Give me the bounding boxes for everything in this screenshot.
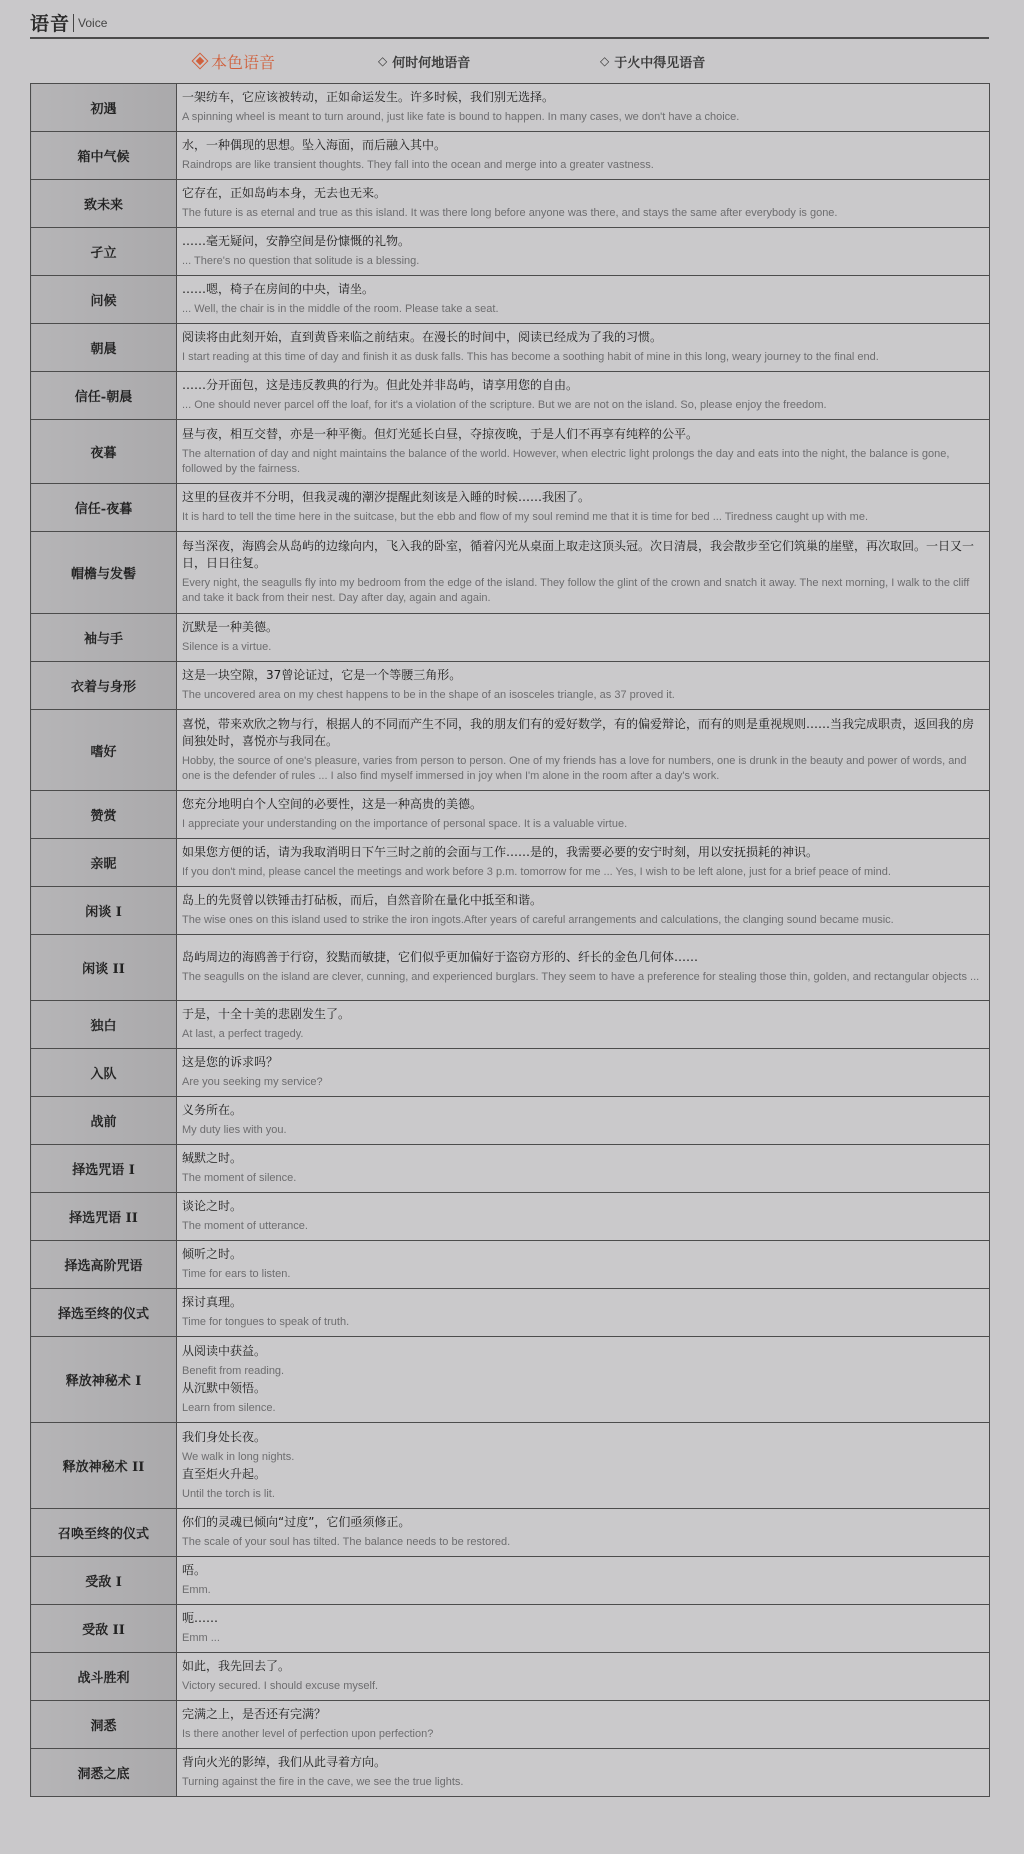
english-line-text: Time for ears to listen. bbox=[182, 1267, 984, 1282]
table-row: 问候……嗯，椅子在房间的中央，请坐。... Well, the chair is… bbox=[31, 276, 990, 324]
voice-line-title: 朝晨 bbox=[31, 324, 177, 372]
voice-line-pair: 岛上的先贤曾以铁锤击打砧板，而后，自然音阶在量化中抵至和谐。The wise o… bbox=[182, 892, 984, 928]
english-line-text: Raindrops are like transient thoughts. T… bbox=[182, 158, 984, 173]
voice-line-title: 初遇 bbox=[31, 84, 177, 132]
table-row: 择选至终的仪式探讨真理。Time for tongues to speak of… bbox=[31, 1289, 990, 1337]
voice-line-pair: 倾听之时。Time for ears to listen. bbox=[182, 1246, 984, 1282]
table-row: 战前义务所在。My duty lies with you. bbox=[31, 1097, 990, 1145]
table-row: 择选咒语 I缄默之时。The moment of silence. bbox=[31, 1145, 990, 1193]
page-subtitle: Voice bbox=[78, 16, 107, 30]
english-line-text: The seagulls on the island are clever, c… bbox=[182, 970, 984, 985]
english-line-text: Learn from silence. bbox=[182, 1401, 984, 1416]
table-row: 受敌 II呃……Emm ... bbox=[31, 1605, 990, 1653]
english-line-text: Turning against the fire in the cave, we… bbox=[182, 1775, 984, 1790]
voice-line-content: 探讨真理。Time for tongues to speak of truth. bbox=[177, 1289, 990, 1337]
chinese-line-text: 如此，我先回去了。 bbox=[182, 1658, 984, 1675]
english-line-text: Emm ... bbox=[182, 1631, 984, 1646]
voice-line-content: 如此，我先回去了。Victory secured. I should excus… bbox=[177, 1653, 990, 1701]
voice-line-pair: 如此，我先回去了。Victory secured. I should excus… bbox=[182, 1658, 984, 1694]
table-row: 信任-夜暮这里的昼夜并不分明，但我灵魂的潮汐提醒此刻该是入睡的时候……我困了。I… bbox=[31, 484, 990, 532]
voice-line-title: 释放神秘术 II bbox=[31, 1423, 177, 1509]
diamond-outline-icon: ◇ bbox=[600, 54, 609, 68]
voice-line-pair: 从沉默中领悟。Learn from silence. bbox=[182, 1380, 984, 1416]
voice-line-content: 您充分地明白个人空间的必要性，这是一种高贵的美德。I appreciate yo… bbox=[177, 791, 990, 839]
voice-line-pair: 背向火光的影绰，我们从此寻着方向。Turning against the fir… bbox=[182, 1754, 984, 1790]
voice-line-title: 衣着与身形 bbox=[31, 662, 177, 710]
table-row: 释放神秘术 II我们身处长夜。We walk in long nights.直至… bbox=[31, 1423, 990, 1509]
voice-line-title: 赞赏 bbox=[31, 791, 177, 839]
chinese-line-text: 唔。 bbox=[182, 1562, 984, 1579]
voice-line-title: 入队 bbox=[31, 1049, 177, 1097]
voice-line-title: 召唤至终的仪式 bbox=[31, 1509, 177, 1557]
chinese-line-text: 直至炬火升起。 bbox=[182, 1466, 984, 1483]
tab-anytime-voice[interactable]: ◇ 何时何地语音 bbox=[378, 46, 470, 76]
voice-line-title: 战斗胜利 bbox=[31, 1653, 177, 1701]
voice-line-pair: 谈论之时。The moment of utterance. bbox=[182, 1198, 984, 1234]
voice-line-pair: 我们身处长夜。We walk in long nights. bbox=[182, 1429, 984, 1465]
voice-line-content: 完满之上，是否还有完满？Is there another level of pe… bbox=[177, 1701, 990, 1749]
voice-line-title: 释放神秘术 I bbox=[31, 1337, 177, 1423]
title-divider bbox=[73, 14, 74, 32]
voice-line-pair: ……毫无疑问，安静空间是份慷慨的礼物。... There's no questi… bbox=[182, 233, 984, 269]
table-row: 夜暮昼与夜，相互交替，亦是一种平衡。但灯光延长白昼，夺掠夜晚，于是人们不再享有纯… bbox=[31, 420, 990, 484]
voice-line-title: 嗜好 bbox=[31, 710, 177, 791]
table-row: 释放神秘术 I从阅读中获益。Benefit from reading.从沉默中领… bbox=[31, 1337, 990, 1423]
voice-line-content: 岛屿周边的海鸥善于行窃，狡黠而敏捷，它们似乎更加偏好于盗窃方形的、纤长的金色几何… bbox=[177, 935, 990, 1001]
voice-line-pair: 水，一种偶现的思想。坠入海面，而后融入其中。Raindrops are like… bbox=[182, 137, 984, 173]
voice-line-pair: 直至炬火升起。Until the torch is lit. bbox=[182, 1466, 984, 1502]
voice-line-pair: 如果您方便的话，请为我取消明日下午三时之前的会面与工作……是的，我需要必要的安宁… bbox=[182, 844, 984, 880]
voice-line-pair: 这里的昼夜并不分明，但我灵魂的潮汐提醒此刻该是入睡的时候……我困了。It is … bbox=[182, 489, 984, 525]
voice-line-content: 于是，十全十美的悲剧发生了。At last, a perfect tragedy… bbox=[177, 1001, 990, 1049]
voice-line-pair: 呃……Emm ... bbox=[182, 1610, 984, 1646]
english-line-text: Until the torch is lit. bbox=[182, 1487, 984, 1502]
voice-line-content: 昼与夜，相互交替，亦是一种平衡。但灯光延长白昼，夺掠夜晚，于是人们不再享有纯粹的… bbox=[177, 420, 990, 484]
voice-line-pair: 您充分地明白个人空间的必要性，这是一种高贵的美德。I appreciate yo… bbox=[182, 796, 984, 832]
voice-line-content: 这里的昼夜并不分明，但我灵魂的潮汐提醒此刻该是入睡的时候……我困了。It is … bbox=[177, 484, 990, 532]
table-row: 择选高阶咒语倾听之时。Time for ears to listen. bbox=[31, 1241, 990, 1289]
chinese-line-text: 每当深夜，海鸥会从岛屿的边缘向内，飞入我的卧室，循着闪光从桌面上取走这顶头冠。次… bbox=[182, 538, 984, 572]
voice-line-pair: 唔。Emm. bbox=[182, 1562, 984, 1598]
english-line-text: Are you seeking my service? bbox=[182, 1075, 984, 1090]
diamond-filled-icon bbox=[193, 54, 207, 68]
chinese-line-text: ……毫无疑问，安静空间是份慷慨的礼物。 bbox=[182, 233, 984, 250]
voice-line-pair: 完满之上，是否还有完满？Is there another level of pe… bbox=[182, 1706, 984, 1742]
voice-line-title: 袖与手 bbox=[31, 614, 177, 662]
chinese-line-text: 一架纺车，它应该被转动，正如命运发生。许多时候，我们别无选择。 bbox=[182, 89, 984, 106]
chinese-line-text: 背向火光的影绰，我们从此寻着方向。 bbox=[182, 1754, 984, 1771]
chinese-line-text: 这是一块空隙，37曾论证过，它是一个等腰三角形。 bbox=[182, 667, 984, 684]
tab-label: 于火中得见语音 bbox=[614, 52, 705, 71]
english-line-text: The alternation of day and night maintai… bbox=[182, 447, 984, 477]
chinese-line-text: 您充分地明白个人空间的必要性，这是一种高贵的美德。 bbox=[182, 796, 984, 813]
english-line-text: Time for tongues to speak of truth. bbox=[182, 1315, 984, 1330]
voice-line-title: 信任-夜暮 bbox=[31, 484, 177, 532]
voice-lines-table: 初遇一架纺车，它应该被转动，正如命运发生。许多时候，我们别无选择。A spinn… bbox=[30, 83, 990, 1797]
english-line-text: ... There's no question that solitude is… bbox=[182, 254, 984, 269]
voice-line-content: 每当深夜，海鸥会从岛屿的边缘向内，飞入我的卧室，循着闪光从桌面上取走这顶头冠。次… bbox=[177, 532, 990, 614]
chinese-line-text: 岛上的先贤曾以铁锤击打砧板，而后，自然音阶在量化中抵至和谐。 bbox=[182, 892, 984, 909]
chinese-line-text: 倾听之时。 bbox=[182, 1246, 984, 1263]
voice-line-title: 择选咒语 II bbox=[31, 1193, 177, 1241]
table-row: 孑立……毫无疑问，安静空间是份慷慨的礼物。... There's no ques… bbox=[31, 228, 990, 276]
chinese-line-text: 呃…… bbox=[182, 1610, 984, 1627]
voice-line-title: 洞悉 bbox=[31, 1701, 177, 1749]
english-line-text: The scale of your soul has tilted. The b… bbox=[182, 1535, 984, 1550]
table-row: 入队这是您的诉求吗？Are you seeking my service? bbox=[31, 1049, 990, 1097]
table-row: 朝晨阅读将由此刻开始，直到黄昏来临之前结束。在漫长的时间中，阅读已经成为了我的习… bbox=[31, 324, 990, 372]
voice-line-content: 这是一块空隙，37曾论证过，它是一个等腰三角形。The uncovered ar… bbox=[177, 662, 990, 710]
table-row: 洞悉之底背向火光的影绰，我们从此寻着方向。Turning against the… bbox=[31, 1749, 990, 1797]
voice-line-content: 唔。Emm. bbox=[177, 1557, 990, 1605]
voice-line-content: ……毫无疑问，安静空间是份慷慨的礼物。... There's no questi… bbox=[177, 228, 990, 276]
voice-line-pair: 沉默是一种美德。Silence is a virtue. bbox=[182, 619, 984, 655]
voice-line-content: 呃……Emm ... bbox=[177, 1605, 990, 1653]
table-row: 赞赏您充分地明白个人空间的必要性，这是一种高贵的美德。I appreciate … bbox=[31, 791, 990, 839]
voice-line-content: 水，一种偶现的思想。坠入海面，而后融入其中。Raindrops are like… bbox=[177, 132, 990, 180]
voice-line-content: 阅读将由此刻开始，直到黄昏来临之前结束。在漫长的时间中，阅读已经成为了我的习惯。… bbox=[177, 324, 990, 372]
voice-line-content: 谈论之时。The moment of utterance. bbox=[177, 1193, 990, 1241]
voice-line-title: 择选高阶咒语 bbox=[31, 1241, 177, 1289]
english-line-text: I appreciate your understanding on the i… bbox=[182, 817, 984, 832]
english-line-text: Emm. bbox=[182, 1583, 984, 1598]
voice-line-title: 闲谈 II bbox=[31, 935, 177, 1001]
tab-label: 何时何地语音 bbox=[392, 52, 470, 71]
voice-line-title: 择选咒语 I bbox=[31, 1145, 177, 1193]
english-line-text: The uncovered area on my chest happens t… bbox=[182, 688, 984, 703]
chinese-line-text: 从阅读中获益。 bbox=[182, 1343, 984, 1360]
voice-line-content: 它存在，正如岛屿本身，无去也无来。The future is as eterna… bbox=[177, 180, 990, 228]
voice-line-content: 义务所在。My duty lies with you. bbox=[177, 1097, 990, 1145]
voice-line-pair: 缄默之时。The moment of silence. bbox=[182, 1150, 984, 1186]
voice-line-pair: 阅读将由此刻开始，直到黄昏来临之前结束。在漫长的时间中，阅读已经成为了我的习惯。… bbox=[182, 329, 984, 365]
voice-line-pair: 每当深夜，海鸥会从岛屿的边缘向内，飞入我的卧室，循着闪光从桌面上取走这顶头冠。次… bbox=[182, 538, 984, 606]
voice-line-content: 缄默之时。The moment of silence. bbox=[177, 1145, 990, 1193]
voice-line-title: 受敌 I bbox=[31, 1557, 177, 1605]
english-line-text: It is hard to tell the time here in the … bbox=[182, 510, 984, 525]
english-line-text: I start reading at this time of day and … bbox=[182, 350, 984, 365]
english-line-text: If you don't mind, please cancel the mee… bbox=[182, 865, 984, 880]
table-row: 嗜好喜悦，带来欢欣之物与行，根据人的不同而产生不同，我的朋友们有的爱好数学，有的… bbox=[31, 710, 990, 791]
chinese-line-text: 我们身处长夜。 bbox=[182, 1429, 984, 1446]
chinese-line-text: 于是，十全十美的悲剧发生了。 bbox=[182, 1006, 984, 1023]
page-header: 语音 Voice bbox=[30, 8, 989, 39]
voice-line-content: 岛上的先贤曾以铁锤击打砧板，而后，自然音阶在量化中抵至和谐。The wise o… bbox=[177, 887, 990, 935]
english-line-text: ... One should never parcel off the loaf… bbox=[182, 398, 984, 413]
table-row: 受敌 I唔。Emm. bbox=[31, 1557, 990, 1605]
chinese-line-text: 喜悦，带来欢欣之物与行，根据人的不同而产生不同，我的朋友们有的爱好数学，有的偏爱… bbox=[182, 716, 984, 750]
voice-line-content: 倾听之时。Time for ears to listen. bbox=[177, 1241, 990, 1289]
table-row: 帽檐与发髻每当深夜，海鸥会从岛屿的边缘向内，飞入我的卧室，循着闪光从桌面上取走这… bbox=[31, 532, 990, 614]
voice-line-content: 从阅读中获益。Benefit from reading.从沉默中领悟。Learn… bbox=[177, 1337, 990, 1423]
voice-line-title: 亲昵 bbox=[31, 839, 177, 887]
voice-line-title: 夜暮 bbox=[31, 420, 177, 484]
english-line-text: At last, a perfect tragedy. bbox=[182, 1027, 984, 1042]
table-row: 独白于是，十全十美的悲剧发生了。At last, a perfect trage… bbox=[31, 1001, 990, 1049]
voice-line-pair: 从阅读中获益。Benefit from reading. bbox=[182, 1343, 984, 1379]
voice-line-title: 战前 bbox=[31, 1097, 177, 1145]
voice-line-pair: 这是一块空隙，37曾论证过，它是一个等腰三角形。The uncovered ar… bbox=[182, 667, 984, 703]
voice-line-pair: 它存在，正如岛屿本身，无去也无来。The future is as eterna… bbox=[182, 185, 984, 221]
english-line-text: Hobby, the source of one's pleasure, var… bbox=[182, 754, 984, 784]
voice-line-title: 问候 bbox=[31, 276, 177, 324]
voice-line-pair: ……分开面包，这是违反教典的行为。但此处并非岛屿，请享用您的自由。... One… bbox=[182, 377, 984, 413]
chinese-line-text: 这是您的诉求吗？ bbox=[182, 1054, 984, 1071]
voice-line-content: 我们身处长夜。We walk in long nights.直至炬火升起。Unt… bbox=[177, 1423, 990, 1509]
english-line-text: The wise ones on this island used to str… bbox=[182, 913, 984, 928]
english-line-text: Is there another level of perfection upo… bbox=[182, 1727, 984, 1742]
english-line-text: The moment of utterance. bbox=[182, 1219, 984, 1234]
voice-line-content: 沉默是一种美德。Silence is a virtue. bbox=[177, 614, 990, 662]
voice-line-title: 独白 bbox=[31, 1001, 177, 1049]
voice-line-content: ……分开面包，这是违反教典的行为。但此处并非岛屿，请享用您的自由。... One… bbox=[177, 372, 990, 420]
voice-line-pair: 于是，十全十美的悲剧发生了。At last, a perfect tragedy… bbox=[182, 1006, 984, 1042]
voice-line-content: 背向火光的影绰，我们从此寻着方向。Turning against the fir… bbox=[177, 1749, 990, 1797]
voice-line-title: 受敌 II bbox=[31, 1605, 177, 1653]
voice-line-pair: 一架纺车，它应该被转动，正如命运发生。许多时候，我们别无选择。A spinnin… bbox=[182, 89, 984, 125]
english-line-text: A spinning wheel is meant to turn around… bbox=[182, 110, 984, 125]
english-line-text: Every night, the seagulls fly into my be… bbox=[182, 576, 984, 606]
voice-line-title: 闲谈 I bbox=[31, 887, 177, 935]
table-row: 致未来它存在，正如岛屿本身，无去也无来。The future is as ete… bbox=[31, 180, 990, 228]
voice-line-pair: 岛屿周边的海鸥善于行窃，狡黠而敏捷，它们似乎更加偏好于盗窃方形的、纤长的金色几何… bbox=[182, 949, 984, 985]
voice-line-pair: 昼与夜，相互交替，亦是一种平衡。但灯光延长白昼，夺掠夜晚，于是人们不再享有纯粹的… bbox=[182, 426, 984, 477]
chinese-line-text: 昼与夜，相互交替，亦是一种平衡。但灯光延长白昼，夺掠夜晚，于是人们不再享有纯粹的… bbox=[182, 426, 984, 443]
table-row: 召唤至终的仪式你们的灵魂已倾向“过度”，它们亟须修正。The scale of … bbox=[31, 1509, 990, 1557]
english-line-text: Benefit from reading. bbox=[182, 1364, 984, 1379]
english-line-text: Silence is a virtue. bbox=[182, 640, 984, 655]
chinese-line-text: 义务所在。 bbox=[182, 1102, 984, 1119]
voice-line-pair: 你们的灵魂已倾向“过度”，它们亟须修正。The scale of your so… bbox=[182, 1514, 984, 1550]
voice-line-title: 帽檐与发髻 bbox=[31, 532, 177, 614]
voice-line-title: 孑立 bbox=[31, 228, 177, 276]
voice-line-pair: 探讨真理。Time for tongues to speak of truth. bbox=[182, 1294, 984, 1330]
chinese-line-text: 完满之上，是否还有完满？ bbox=[182, 1706, 984, 1723]
chinese-line-text: 如果您方便的话，请为我取消明日下午三时之前的会面与工作……是的，我需要必要的安宁… bbox=[182, 844, 984, 861]
voice-line-content: 喜悦，带来欢欣之物与行，根据人的不同而产生不同，我的朋友们有的爱好数学，有的偏爱… bbox=[177, 710, 990, 791]
chinese-line-text: 它存在，正如岛屿本身，无去也无来。 bbox=[182, 185, 984, 202]
chinese-line-text: ……分开面包，这是违反教典的行为。但此处并非岛屿，请享用您的自由。 bbox=[182, 377, 984, 394]
voice-line-content: 这是您的诉求吗？Are you seeking my service? bbox=[177, 1049, 990, 1097]
voice-tabs: 本色语音 ◇ 何时何地语音 ◇ 于火中得见语音 bbox=[30, 46, 989, 76]
chinese-line-text: 岛屿周边的海鸥善于行窃，狡黠而敏捷，它们似乎更加偏好于盗窃方形的、纤长的金色几何… bbox=[182, 949, 984, 966]
chinese-line-text: ……嗯，椅子在房间的中央，请坐。 bbox=[182, 281, 984, 298]
chinese-line-text: 探讨真理。 bbox=[182, 1294, 984, 1311]
table-row: 初遇一架纺车，它应该被转动，正如命运发生。许多时候，我们别无选择。A spinn… bbox=[31, 84, 990, 132]
table-row: 衣着与身形这是一块空隙，37曾论证过，它是一个等腰三角形。The uncover… bbox=[31, 662, 990, 710]
voice-line-content: 如果您方便的话，请为我取消明日下午三时之前的会面与工作……是的，我需要必要的安宁… bbox=[177, 839, 990, 887]
voice-line-content: 你们的灵魂已倾向“过度”，它们亟须修正。The scale of your so… bbox=[177, 1509, 990, 1557]
english-line-text: The future is as eternal and true as thi… bbox=[182, 206, 984, 221]
table-row: 择选咒语 II谈论之时。The moment of utterance. bbox=[31, 1193, 990, 1241]
table-row: 箱中气候水，一种偶现的思想。坠入海面，而后融入其中。Raindrops are … bbox=[31, 132, 990, 180]
voice-line-pair: 这是您的诉求吗？Are you seeking my service? bbox=[182, 1054, 984, 1090]
table-row: 战斗胜利如此，我先回去了。Victory secured. I should e… bbox=[31, 1653, 990, 1701]
voice-line-pair: 义务所在。My duty lies with you. bbox=[182, 1102, 984, 1138]
chinese-line-text: 这里的昼夜并不分明，但我灵魂的潮汐提醒此刻该是入睡的时候……我困了。 bbox=[182, 489, 984, 506]
voice-line-pair: ……嗯，椅子在房间的中央，请坐。... Well, the chair is i… bbox=[182, 281, 984, 317]
chinese-line-text: 阅读将由此刻开始，直到黄昏来临之前结束。在漫长的时间中，阅读已经成为了我的习惯。 bbox=[182, 329, 984, 346]
voice-line-title: 箱中气候 bbox=[31, 132, 177, 180]
tab-fire-voice[interactable]: ◇ 于火中得见语音 bbox=[600, 46, 705, 76]
voice-line-title: 致未来 bbox=[31, 180, 177, 228]
english-line-text: Victory secured. I should excuse myself. bbox=[182, 1679, 984, 1694]
chinese-line-text: 你们的灵魂已倾向“过度”，它们亟须修正。 bbox=[182, 1514, 984, 1531]
voice-line-content: ……嗯，椅子在房间的中央，请坐。... Well, the chair is i… bbox=[177, 276, 990, 324]
diamond-outline-icon: ◇ bbox=[378, 54, 387, 68]
english-line-text: We walk in long nights. bbox=[182, 1450, 984, 1465]
voice-line-title: 信任-朝晨 bbox=[31, 372, 177, 420]
english-line-text: ... Well, the chair is in the middle of … bbox=[182, 302, 984, 317]
table-row: 信任-朝晨……分开面包，这是违反教典的行为。但此处并非岛屿，请享用您的自由。..… bbox=[31, 372, 990, 420]
table-row: 闲谈 I岛上的先贤曾以铁锤击打砧板，而后，自然音阶在量化中抵至和谐。The wi… bbox=[31, 887, 990, 935]
chinese-line-text: 水，一种偶现的思想。坠入海面，而后融入其中。 bbox=[182, 137, 984, 154]
table-row: 闲谈 II岛屿周边的海鸥善于行窃，狡黠而敏捷，它们似乎更加偏好于盗窃方形的、纤长… bbox=[31, 935, 990, 1001]
chinese-line-text: 沉默是一种美德。 bbox=[182, 619, 984, 636]
voice-line-title: 择选至终的仪式 bbox=[31, 1289, 177, 1337]
chinese-line-text: 从沉默中领悟。 bbox=[182, 1380, 984, 1397]
table-row: 袖与手沉默是一种美德。Silence is a virtue. bbox=[31, 614, 990, 662]
tab-base-voice[interactable]: 本色语音 bbox=[193, 46, 275, 76]
table-row: 亲昵如果您方便的话，请为我取消明日下午三时之前的会面与工作……是的，我需要必要的… bbox=[31, 839, 990, 887]
chinese-line-text: 谈论之时。 bbox=[182, 1198, 984, 1215]
chinese-line-text: 缄默之时。 bbox=[182, 1150, 984, 1167]
voice-line-title: 洞悉之底 bbox=[31, 1749, 177, 1797]
table-row: 洞悉完满之上，是否还有完满？Is there another level of … bbox=[31, 1701, 990, 1749]
voice-line-pair: 喜悦，带来欢欣之物与行，根据人的不同而产生不同，我的朋友们有的爱好数学，有的偏爱… bbox=[182, 716, 984, 784]
page-title: 语音 bbox=[30, 9, 70, 36]
tab-label: 本色语音 bbox=[211, 50, 275, 73]
english-line-text: The moment of silence. bbox=[182, 1171, 984, 1186]
voice-line-content: 一架纺车，它应该被转动，正如命运发生。许多时候，我们别无选择。A spinnin… bbox=[177, 84, 990, 132]
english-line-text: My duty lies with you. bbox=[182, 1123, 984, 1138]
